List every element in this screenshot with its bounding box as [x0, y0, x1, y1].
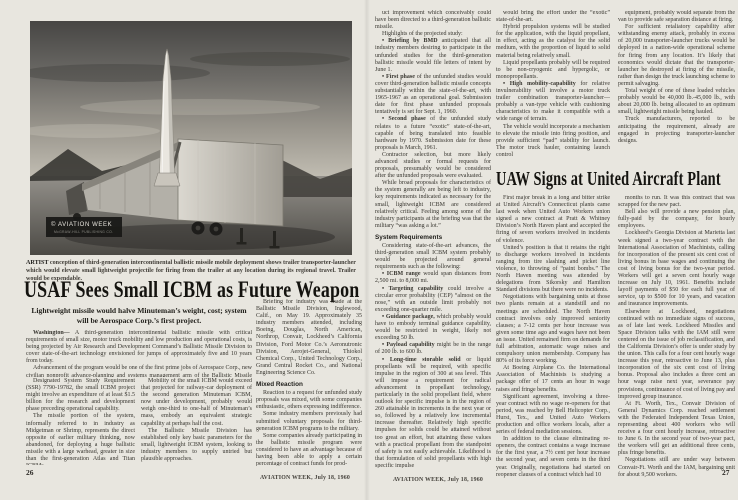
body-paragraph: Contractor selection, but more likely ad…	[375, 152, 491, 180]
body-paragraph: Hybrid propulsion systems will be studie…	[496, 24, 610, 59]
usaf-intro: Washington— A third-generation intercont…	[26, 330, 252, 377]
body-paragraph: • Guidance package, which probably would…	[375, 314, 491, 342]
body-paragraph: Significant agreement, involving a three…	[496, 394, 610, 437]
body-paragraph: • Long-time storable solid or liquid pro…	[375, 357, 491, 469]
body-paragraph: At Ft. Worth, Tex., Convair Division of …	[618, 401, 735, 458]
body-paragraph: The Ballistic Missile Division has estab…	[141, 428, 252, 463]
body-paragraph: First major break in a long and bitter s…	[496, 195, 610, 245]
body-paragraph: Highlights of the projected study:	[375, 31, 491, 38]
usaf-deck: Lightweight missile would halve Minutema…	[26, 306, 252, 327]
body-paragraph: • Briefing by BMD anticipated that all i…	[375, 38, 491, 73]
body-paragraph: For sufficient retaliatory capability af…	[618, 24, 735, 88]
body-paragraph: At Boeing Airplane Co. the International…	[496, 365, 610, 393]
body-paragraph: Designated System Study Requirement (SSR…	[26, 378, 135, 413]
body-paragraph: Total weight of one of these loaded vehi…	[618, 88, 735, 116]
usaf-column-1: Designated System Study Requirement (SSR…	[26, 378, 135, 465]
watermark-title: © AVIATION WEEK	[51, 221, 112, 228]
usaf-column-4: uct improvement which conceivably could …	[375, 10, 491, 468]
body-paragraph: Some companies already participating in …	[256, 433, 362, 466]
uaw-headline-text: UAW Signs at United Aircraft Plant	[496, 168, 721, 191]
body-paragraph: Bell also will provide a new pension pla…	[618, 209, 735, 230]
right-page: uct improvement which conceivably could …	[368, 0, 738, 500]
body-paragraph: uct improvement which conceivably could …	[375, 10, 491, 31]
uaw-column-1: First major break in a long and bitter s…	[496, 195, 610, 484]
usaf-column-2: Mobility of the small ICBM would exceed …	[141, 378, 252, 465]
support-jack	[240, 228, 243, 243]
body-paragraph: • ICBM range would span distances from 2…	[375, 271, 491, 285]
right-footer-line: AVIATION WEEK, July 18, 1960	[380, 477, 496, 483]
illustration-canvas: © AVIATION WEEK McGRAW-HILL PUBLISHING C…	[30, 21, 352, 255]
left-page: © AVIATION WEEK McGRAW-HILL PUBLISHING C…	[0, 0, 368, 500]
trailer-rear-face	[178, 139, 283, 226]
body-paragraph: Briefing for industry was made at the Ba…	[256, 299, 362, 377]
launch-mount	[154, 173, 180, 186]
body-paragraph: Advancement of the program would be one …	[26, 365, 252, 377]
column-subhead: System Requirements	[375, 234, 491, 241]
body-paragraph: • Targeting capability could involve a c…	[375, 286, 491, 314]
body-paragraph: Negotiations with bargaining units at th…	[496, 294, 610, 365]
body-paragraph: would bring the effort under the “exotic…	[496, 10, 610, 24]
uaw-headline: UAW Signs at United Aircraft Plant	[496, 168, 736, 192]
watermark-subtitle: McGRAW-HILL PUBLISHING CO.	[54, 230, 113, 234]
body-paragraph: Reaction to a request for unfunded study…	[256, 390, 362, 411]
body-paragraph: Mobility of the small ICBM would exceed …	[141, 378, 252, 428]
body-paragraph: Lockheed’s Georgia Division at Marietta …	[618, 230, 735, 308]
body-paragraph: In addition to the clause eliminating re…	[496, 436, 610, 479]
caption-lead: ARTIST	[26, 260, 48, 266]
missile-artist-illustration: © AVIATION WEEK McGRAW-HILL PUBLISHING C…	[30, 21, 352, 255]
left-footer-line: AVIATION WEEK, July 18, 1960	[248, 475, 362, 481]
support-jack	[273, 231, 276, 247]
body-paragraph: Elsewhere at Lockheed, negotiations cont…	[618, 309, 735, 401]
body-paragraph: While broad proposals for characteristic…	[375, 180, 491, 230]
body-paragraph: Considering state-of-the-art advances, t…	[375, 243, 491, 271]
body-paragraph: months to run. It was this contract that…	[618, 195, 735, 209]
aviation-week-watermark: © AVIATION WEEK McGRAW-HILL PUBLISHING C…	[46, 217, 122, 237]
right-page-number: 27	[722, 468, 730, 477]
body-paragraph: Some industry members previously had sub…	[256, 411, 362, 432]
illustration-caption: ARTIST conception of third-generation in…	[26, 259, 356, 278]
body-paragraph: • First phase of the unfunded studies wo…	[375, 74, 491, 117]
body-paragraph: Truck manufacturers, reported to be anti…	[618, 116, 735, 144]
usaf-column-6: equipment, probably would separate from …	[618, 10, 735, 166]
left-page-number: 26	[26, 468, 34, 477]
usaf-column-5: would bring the effort under the “exotic…	[496, 10, 610, 166]
body-paragraph: The missile portion of the system, infor…	[26, 413, 135, 465]
body-paragraph: The vehicle would incorporate a mechanis…	[496, 124, 610, 159]
body-paragraph: • Second phase of the unfunded study rel…	[375, 116, 491, 151]
body-paragraph: • Payload capability might be in the ran…	[375, 342, 491, 356]
body-paragraph: United’s position is that it retains the…	[496, 245, 610, 295]
uaw-column-2: months to run. It was this contract that…	[618, 195, 735, 478]
column-subhead: Mixed Reaction	[256, 381, 362, 388]
body-paragraph: • High mobility-capability for relative …	[496, 81, 610, 124]
usaf-column-3: Briefing for industry was made at the Ba…	[256, 299, 362, 466]
body-paragraph: Negotiations still are under way between…	[618, 457, 735, 478]
body-paragraph: equipment, probably would separate from …	[618, 10, 735, 24]
body-paragraph: Washington— A third-generation intercont…	[26, 330, 252, 365]
body-paragraph: Liquid propellants probably will be requ…	[496, 60, 610, 81]
